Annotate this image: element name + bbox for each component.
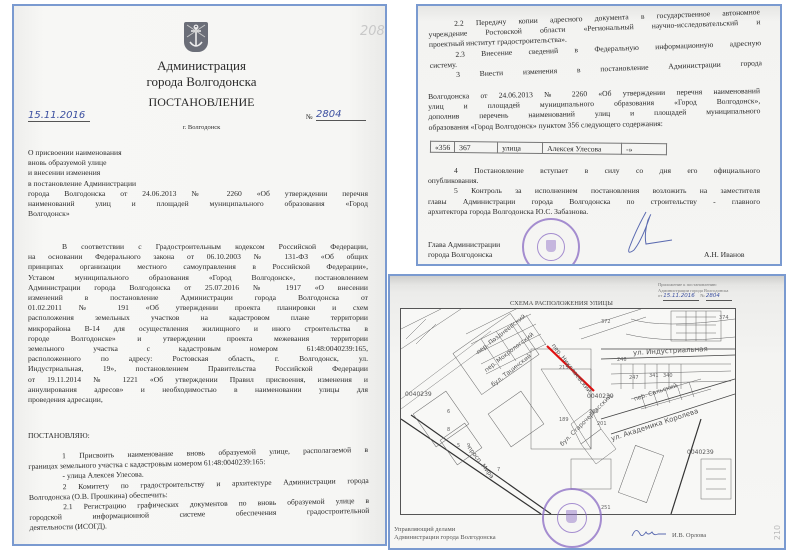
preamble-line: Администрации города Волгодонска от 25.0… (28, 283, 368, 293)
signer-title-line2: Администрации города Волгодонска (394, 534, 496, 542)
parcel-number: 372 (601, 319, 611, 325)
street-location-map[interactable]: пер. Позднеевский пер. Мокрологский бул.… (400, 308, 736, 515)
parcel-number: 201 (597, 421, 607, 427)
org-name-line1: Администрация (14, 58, 387, 74)
page2-bottom-text: 4 Постановление вступает в силу со дня е… (428, 166, 760, 217)
parcel-number: 200 (589, 409, 599, 415)
parcel-number: 247 (629, 375, 639, 381)
resolve-heading: ПОСТАНОВЛЯЮ: (28, 431, 90, 441)
appendix-date: 15.11.2016 (663, 294, 699, 301)
preamble-block: В соответствии с Градостроительным кодек… (28, 242, 368, 405)
preamble-line: расположенного по адресу: Ростовская обл… (28, 354, 368, 364)
subject-line: Волгодонск» (28, 209, 368, 219)
text-line: 4 Постановление вступает в силу со дня е… (428, 166, 760, 176)
parcel-number: 246 (617, 357, 627, 363)
official-seal-stamp (542, 488, 602, 548)
official-seal-stamp (522, 218, 580, 266)
decree-page-2: 2.2 Передачу копии адресного документа в… (416, 4, 782, 266)
street-list-table: «356 367 улица Алексея Улесова -» (430, 141, 667, 155)
preamble-line: В соответствии с Градостроительным кодек… (28, 242, 368, 252)
preamble-line: 01.02.2011 № 191 «Об утверждении проекта… (28, 303, 368, 313)
signer-name: А.Н. Иванов (704, 250, 744, 260)
subject-line: наименований улиц и площадей муниципальн… (28, 199, 368, 209)
parcel-number: 6 (447, 409, 450, 415)
appendix-number: 2804 (706, 294, 732, 301)
signer-name: И.В. Орлова (672, 532, 706, 539)
signer-title-line1: Управляющий делами (394, 526, 496, 534)
parcel-number: 374 (719, 315, 729, 321)
signature-icon (616, 210, 676, 260)
appendix-map-page: Приложение к постановлению Администрации… (388, 274, 786, 550)
page-number: 208 (360, 24, 385, 39)
org-name-line2: города Волгодонска (14, 74, 387, 90)
map-title: СХЕМА РАСПОЛОЖЕНИЯ УЛИЦЫ (510, 300, 613, 307)
table-cell: улица (498, 142, 543, 153)
table-cell: «356 (430, 141, 454, 152)
page-number: 210 (773, 525, 782, 540)
city-coat-of-arms-icon (184, 22, 208, 52)
signature-icon (630, 526, 670, 540)
preamble-line: на основании Федерального закона от 06.1… (28, 252, 368, 262)
subject-line: в постановление Администрации (28, 179, 368, 189)
preamble-line: проведения адресации, (28, 395, 368, 405)
appendix-number-label: № (700, 293, 704, 298)
parcel-number: 215 (559, 365, 569, 371)
parcel-number: 5 (457, 443, 460, 449)
city-line: г. Волгодонск (14, 124, 387, 131)
preamble-line: Уставом муниципального образования «Горо… (28, 273, 368, 283)
document-date: 15.11.2016 (28, 110, 90, 122)
text-line: 5 Контроль за исполнением постановления … (428, 186, 760, 196)
preamble-line: Индустриальная, 19», постановлением Прав… (28, 364, 368, 374)
table-cell: -» (622, 143, 667, 154)
map-label-cadastral-block: 0040239 (687, 449, 714, 456)
map-label-cadastral-block: 0040239 (587, 393, 614, 400)
parcel-number: 8 (447, 427, 450, 433)
number-label: № (306, 113, 313, 121)
signer-title-line2: города Волгодонска (428, 250, 492, 260)
signer-title-line1: Глава Администрации (428, 240, 500, 250)
subject-line: О присвоении наименования (28, 148, 368, 158)
parcel-number: 189 (559, 417, 569, 423)
seal-crest-icon (546, 240, 556, 252)
preamble-line: аннулирования адресов» и необходимостью … (28, 385, 368, 395)
resolution-items: 1 Присвоить наименование вновь образуемо… (28, 445, 370, 534)
signer-title-block: Управляющий делами Администрации города … (394, 526, 496, 542)
table-cell: Алексея Улесова (543, 142, 622, 154)
parcel-number: 341 (649, 373, 659, 379)
seal-crest-icon (566, 510, 577, 523)
page2-mid-text: Волгодонска от 24.06.2013 № 2260 «Об утв… (428, 86, 761, 133)
parcel-number: 7 (497, 467, 500, 473)
document-number: 2804 (316, 109, 366, 121)
map-label-cadastral-block: 0040239 (405, 391, 432, 398)
appendix-from-label: от (658, 293, 662, 298)
subject-line: и внесении изменения (28, 168, 368, 178)
parcel-number: 340 (663, 373, 673, 379)
preamble-line: расположения земельных участков на кадас… (28, 313, 368, 323)
preamble-line: городе Волгодонске» и утверждении проект… (28, 334, 368, 344)
table-row: «356 367 улица Алексея Улесова -» (430, 141, 666, 154)
preamble-line: от 19.11.2014 № 1221 «Об утверждении Пра… (28, 375, 368, 385)
page2-top-text: 2.2 Передачу копии адресного документа в… (428, 7, 762, 81)
preamble-line: изменений в постановление Администрации … (28, 293, 368, 303)
document-type: ПОСТАНОВЛЕНИЕ (14, 95, 387, 110)
appendix-header: Приложение к постановлению Администрации… (658, 282, 732, 301)
preamble-line: земельного участка с кадастровым номером… (28, 344, 368, 354)
table-cell: 367 (455, 142, 498, 153)
preamble-line: микрорайона В-14 для осуществления жилищ… (28, 324, 368, 334)
preamble-line: принципах организации местного самоуправ… (28, 262, 368, 272)
text-line: опубликования. (428, 176, 760, 186)
text-line: архитектора города Волгодонска Ю.С. Заба… (428, 207, 760, 217)
subject-block: О присвоении наименования вновь образуем… (28, 148, 368, 219)
parcel-number: 9 (467, 443, 470, 449)
parcel-number: 251 (601, 505, 611, 511)
decree-page-1: 208 Администрация города Волгодонска ПОС… (12, 4, 387, 546)
subject-line: вновь образуемой улице (28, 158, 368, 168)
subject-line: города Волгодонска от 24.06.2013 № 2260 … (28, 189, 368, 199)
text-line: главы Администрации города Волгодонска п… (428, 197, 760, 207)
